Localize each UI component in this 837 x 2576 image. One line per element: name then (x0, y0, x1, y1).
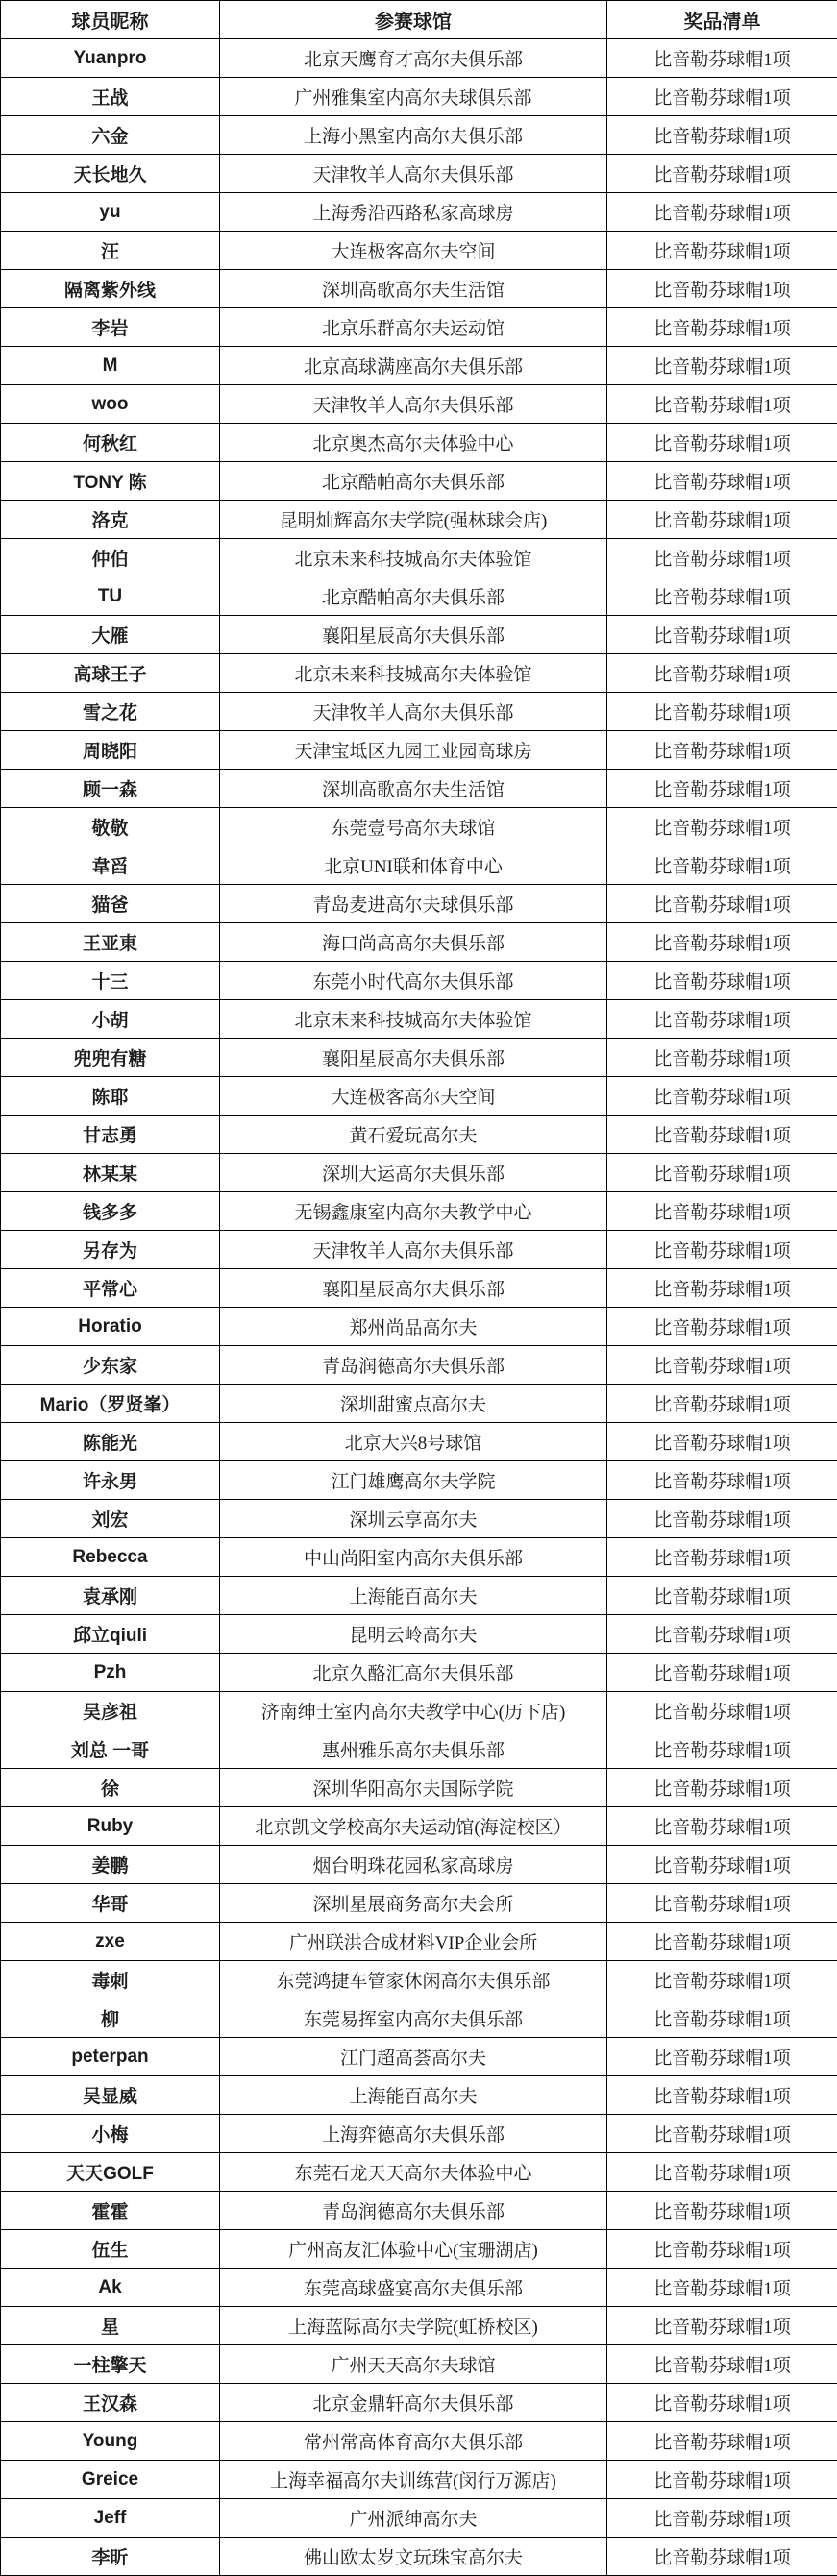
prize-cell: 比音勒芬球帽1项 (607, 1999, 837, 2038)
prize-cell: 比音勒芬球帽1项 (607, 308, 837, 347)
player-nickname-cell: TONY 陈 (1, 462, 220, 501)
player-nickname-cell: Pzh (1, 1654, 220, 1692)
table-row: 陈耶 大连极客高尔夫空间 比音勒芬球帽1项 (1, 1077, 837, 1116)
table-row: 高球王子 北京未来科技城高尔夫体验馆 比音勒芬球帽1项 (1, 654, 837, 693)
prize-cell: 比音勒芬球帽1项 (607, 2307, 837, 2345)
prize-cell: 比音勒芬球帽1项 (607, 1769, 837, 1807)
venue-cell: 广州派绅高尔夫 (220, 2499, 607, 2538)
venue-cell: 北京UNI联和体育中心 (220, 846, 607, 885)
prize-cell: 比音勒芬球帽1项 (607, 2345, 837, 2384)
player-nickname-cell: 猫爸 (1, 885, 220, 923)
venue-cell: 佛山欧太岁文玩珠宝高尔夫 (220, 2538, 607, 2576)
prize-cell: 比音勒芬球帽1项 (607, 962, 837, 1000)
table-row: 邱立qiuli 昆明云岭高尔夫 比音勒芬球帽1项 (1, 1615, 837, 1654)
table-row: Ruby 北京凯文学校高尔夫运动馆(海淀校区） 比音勒芬球帽1项 (1, 1807, 837, 1846)
prize-cell: 比音勒芬球帽1项 (607, 1692, 837, 1730)
results-table: 球员昵称 参赛球馆 奖品清单 Yuanpro 北京天鹰育才高尔夫俱乐部 比音勒芬… (0, 0, 837, 2576)
table-row: 洛克 昆明灿辉高尔夫学院(强林球会店) 比音勒芬球帽1项 (1, 501, 837, 539)
prize-cell: 比音勒芬球帽1项 (607, 1730, 837, 1769)
venue-cell: 广州联洪合成材料VIP企业会所 (220, 1923, 607, 1961)
venue-cell: 天津牧羊人高尔夫俱乐部 (220, 693, 607, 731)
prize-cell: 比音勒芬球帽1项 (607, 1039, 837, 1077)
table-row: 李岩 北京乐群高尔夫运动馆 比音勒芬球帽1项 (1, 308, 837, 347)
player-nickname-cell: 顾一森 (1, 770, 220, 808)
prize-cell: 比音勒芬球帽1项 (607, 1500, 837, 1538)
player-nickname-cell: 十三 (1, 962, 220, 1000)
table-row: 吴彦祖 济南绅士室内高尔夫教学中心(历下店) 比音勒芬球帽1项 (1, 1692, 837, 1730)
venue-cell: 深圳大运高尔夫俱乐部 (220, 1154, 607, 1192)
player-nickname-cell: 六金 (1, 116, 220, 155)
venue-cell: 北京酷帕高尔夫俱乐部 (220, 577, 607, 616)
player-nickname-cell: 高球王子 (1, 654, 220, 693)
venue-cell: 江门雄鹰高尔夫学院 (220, 1461, 607, 1500)
prize-cell: 比音勒芬球帽1项 (607, 577, 837, 616)
venue-cell: 江门超高荟高尔夫 (220, 2038, 607, 2076)
prize-cell: 比音勒芬球帽1项 (607, 1154, 837, 1192)
venue-cell: 东莞小时代高尔夫俱乐部 (220, 962, 607, 1000)
table-row: Young 常州常高体育高尔夫俱乐部 比音勒芬球帽1项 (1, 2422, 837, 2461)
player-nickname-cell: woo (1, 385, 220, 424)
table-row: 刘总 一哥 惠州雅乐高尔夫俱乐部 比音勒芬球帽1项 (1, 1730, 837, 1769)
venue-cell: 上海弈德高尔夫俱乐部 (220, 2115, 607, 2153)
prize-cell: 比音勒芬球帽1项 (607, 1000, 837, 1039)
prize-cell: 比音勒芬球帽1项 (607, 616, 837, 654)
player-nickname-cell: 毒刺 (1, 1961, 220, 1999)
table-row: 雪之花 天津牧羊人高尔夫俱乐部 比音勒芬球帽1项 (1, 693, 837, 731)
prize-cell: 比音勒芬球帽1项 (607, 2461, 837, 2499)
venue-cell: 东莞易挥室内高尔夫俱乐部 (220, 1999, 607, 2038)
prize-cell: 比音勒芬球帽1项 (607, 116, 837, 155)
venue-cell: 广州高友汇体验中心(宝珊湖店) (220, 2230, 607, 2269)
table-row: 徐 深圳华阳高尔夫国际学院 比音勒芬球帽1项 (1, 1769, 837, 1807)
table-row: zxe 广州联洪合成材料VIP企业会所 比音勒芬球帽1项 (1, 1923, 837, 1961)
prize-cell: 比音勒芬球帽1项 (607, 1269, 837, 1308)
player-nickname-cell: 雪之花 (1, 693, 220, 731)
table-row: 王亚東 海口尚高高尔夫俱乐部 比音勒芬球帽1项 (1, 923, 837, 962)
player-nickname-cell: 兜兜有糖 (1, 1039, 220, 1077)
venue-cell: 东莞石龙天天高尔夫体验中心 (220, 2153, 607, 2192)
venue-cell: 北京酷帕高尔夫俱乐部 (220, 462, 607, 501)
venue-cell: 深圳高歌高尔夫生活馆 (220, 770, 607, 808)
player-nickname-cell: 王战 (1, 78, 220, 116)
player-nickname-cell: 汪 (1, 232, 220, 270)
table-row: Ak 东莞高球盛宴高尔夫俱乐部 比音勒芬球帽1项 (1, 2269, 837, 2307)
venue-cell: 北京未来科技城高尔夫体验馆 (220, 1000, 607, 1039)
venue-cell: 北京高球满座高尔夫俱乐部 (220, 347, 607, 385)
table-row: Pzh 北京久酪汇高尔夫俱乐部 比音勒芬球帽1项 (1, 1654, 837, 1692)
venue-cell: 北京大兴8号球馆 (220, 1423, 607, 1461)
prize-cell: 比音勒芬球帽1项 (607, 539, 837, 577)
player-nickname-cell: 姜鹏 (1, 1846, 220, 1884)
prize-cell: 比音勒芬球帽1项 (607, 347, 837, 385)
player-nickname-cell: 仲伯 (1, 539, 220, 577)
table-row: 袁承刚 上海能百高尔夫 比音勒芬球帽1项 (1, 1577, 837, 1615)
table-row: 少东家 青岛润德高尔夫俱乐部 比音勒芬球帽1项 (1, 1346, 837, 1385)
venue-cell: 天津牧羊人高尔夫俱乐部 (220, 1231, 607, 1269)
header-prize-list: 奖品清单 (607, 1, 837, 39)
prize-cell: 比音勒芬球帽1项 (607, 424, 837, 462)
player-nickname-cell: 柳 (1, 1999, 220, 2038)
header-venue: 参赛球馆 (220, 1, 607, 39)
prize-cell: 比音勒芬球帽1项 (607, 2269, 837, 2307)
player-nickname-cell: 韋舀 (1, 846, 220, 885)
player-nickname-cell: Mario（罗贤峯） (1, 1385, 220, 1423)
player-nickname-cell: 刘总 一哥 (1, 1730, 220, 1769)
header-player-nickname: 球员昵称 (1, 1, 220, 39)
prize-cell: 比音勒芬球帽1项 (607, 1385, 837, 1423)
venue-cell: 北京久酪汇高尔夫俱乐部 (220, 1654, 607, 1692)
table-row: Mario（罗贤峯） 深圳甜蜜点高尔夫 比音勒芬球帽1项 (1, 1385, 837, 1423)
venue-cell: 海口尚高高尔夫俱乐部 (220, 923, 607, 962)
prize-cell: 比音勒芬球帽1项 (607, 2115, 837, 2153)
table-row: TU 北京酷帕高尔夫俱乐部 比音勒芬球帽1项 (1, 577, 837, 616)
prize-cell: 比音勒芬球帽1项 (607, 1923, 837, 1961)
table-row: 韋舀 北京UNI联和体育中心 比音勒芬球帽1项 (1, 846, 837, 885)
player-nickname-cell: Jeff (1, 2499, 220, 2538)
player-nickname-cell: 陈耶 (1, 1077, 220, 1116)
venue-cell: 昆明灿辉高尔夫学院(强林球会店) (220, 501, 607, 539)
prize-cell: 比音勒芬球帽1项 (607, 885, 837, 923)
prize-cell: 比音勒芬球帽1项 (607, 1346, 837, 1385)
table-row: 大雁 襄阳星辰高尔夫俱乐部 比音勒芬球帽1项 (1, 616, 837, 654)
table-header: 球员昵称 参赛球馆 奖品清单 (1, 1, 837, 39)
venue-cell: 济南绅士室内高尔夫教学中心(历下店) (220, 1692, 607, 1730)
player-nickname-cell: 吴显威 (1, 2076, 220, 2115)
prize-cell: 比音勒芬球帽1项 (607, 1308, 837, 1346)
table-row: 华哥 深圳星展商务高尔夫会所 比音勒芬球帽1项 (1, 1884, 837, 1923)
player-nickname-cell: 小梅 (1, 2115, 220, 2153)
venue-cell: 惠州雅乐高尔夫俱乐部 (220, 1730, 607, 1769)
venue-cell: 深圳华阳高尔夫国际学院 (220, 1769, 607, 1807)
prize-cell: 比音勒芬球帽1项 (607, 2538, 837, 2576)
player-nickname-cell: 钱多多 (1, 1192, 220, 1231)
table-row: 天长地久 天津牧羊人高尔夫俱乐部 比音勒芬球帽1项 (1, 155, 837, 193)
table-row: 猫爸 青岛麦进高尔夫球俱乐部 比音勒芬球帽1项 (1, 885, 837, 923)
player-nickname-cell: 隔离紫外线 (1, 270, 220, 308)
player-nickname-cell: 甘志勇 (1, 1116, 220, 1154)
player-nickname-cell: 华哥 (1, 1884, 220, 1923)
player-nickname-cell: 林某某 (1, 1154, 220, 1192)
player-nickname-cell: peterpan (1, 2038, 220, 2076)
table-row: 天天GOLF 东莞石龙天天高尔夫体验中心 比音勒芬球帽1项 (1, 2153, 837, 2192)
player-nickname-cell: 陈能光 (1, 1423, 220, 1461)
prize-cell: 比音勒芬球帽1项 (607, 693, 837, 731)
venue-cell: 天津牧羊人高尔夫俱乐部 (220, 385, 607, 424)
venue-cell: 烟台明珠花园私家高球房 (220, 1846, 607, 1884)
prize-cell: 比音勒芬球帽1项 (607, 39, 837, 78)
venue-cell: 深圳高歌高尔夫生活馆 (220, 270, 607, 308)
prize-cell: 比音勒芬球帽1项 (607, 1807, 837, 1846)
venue-cell: 天津宝坻区九园工业园高球房 (220, 731, 607, 770)
venue-cell: 上海能百高尔夫 (220, 1577, 607, 1615)
prize-cell: 比音勒芬球帽1项 (607, 155, 837, 193)
table-row: 伍生 广州高友汇体验中心(宝珊湖店) 比音勒芬球帽1项 (1, 2230, 837, 2269)
venue-cell: 深圳星展商务高尔夫会所 (220, 1884, 607, 1923)
venue-cell: 襄阳星辰高尔夫俱乐部 (220, 1269, 607, 1308)
prize-cell: 比音勒芬球帽1项 (607, 770, 837, 808)
player-nickname-cell: 周晓阳 (1, 731, 220, 770)
player-nickname-cell: 霍霍 (1, 2192, 220, 2230)
player-nickname-cell: 王汉森 (1, 2384, 220, 2422)
table-row: 平常心 襄阳星辰高尔夫俱乐部 比音勒芬球帽1项 (1, 1269, 837, 1308)
player-nickname-cell: 徐 (1, 1769, 220, 1807)
table-row: 李昕 佛山欧太岁文玩珠宝高尔夫 比音勒芬球帽1项 (1, 2538, 837, 2576)
player-nickname-cell: 李岩 (1, 308, 220, 347)
table-row: Yuanpro 北京天鹰育才高尔夫俱乐部 比音勒芬球帽1项 (1, 39, 837, 78)
player-nickname-cell: 李昕 (1, 2538, 220, 2576)
venue-cell: 大连极客高尔夫空间 (220, 1077, 607, 1116)
table-row: Horatio 郑州尚品高尔夫 比音勒芬球帽1项 (1, 1308, 837, 1346)
player-nickname-cell: 伍生 (1, 2230, 220, 2269)
player-nickname-cell: Rebecca (1, 1538, 220, 1577)
prize-cell: 比音勒芬球帽1项 (607, 1654, 837, 1692)
player-nickname-cell: 星 (1, 2307, 220, 2345)
player-nickname-cell: Ruby (1, 1807, 220, 1846)
table-body: Yuanpro 北京天鹰育才高尔夫俱乐部 比音勒芬球帽1项 王战 广州雅集室内高… (1, 39, 837, 2576)
table-row: 兜兜有糖 襄阳星辰高尔夫俱乐部 比音勒芬球帽1项 (1, 1039, 837, 1077)
table-row: 陈能光 北京大兴8号球馆 比音勒芬球帽1项 (1, 1423, 837, 1461)
player-nickname-cell: 平常心 (1, 1269, 220, 1308)
player-nickname-cell: 何秋红 (1, 424, 220, 462)
table-row: TONY 陈 北京酷帕高尔夫俱乐部 比音勒芬球帽1项 (1, 462, 837, 501)
prize-cell: 比音勒芬球帽1项 (607, 1461, 837, 1500)
venue-cell: 东莞高球盛宴高尔夫俱乐部 (220, 2269, 607, 2307)
table-row: 姜鹏 烟台明珠花园私家高球房 比音勒芬球帽1项 (1, 1846, 837, 1884)
table-row: 甘志勇 黄石爱玩高尔夫 比音勒芬球帽1项 (1, 1116, 837, 1154)
player-nickname-cell: 许永男 (1, 1461, 220, 1500)
table-row: 星 上海蓝际高尔夫学院(虹桥校区) 比音勒芬球帽1项 (1, 2307, 837, 2345)
table-row: 汪 大连极客高尔夫空间 比音勒芬球帽1项 (1, 232, 837, 270)
venue-cell: 青岛麦进高尔夫球俱乐部 (220, 885, 607, 923)
prize-cell: 比音勒芬球帽1项 (607, 1615, 837, 1654)
player-nickname-cell: 吴彦祖 (1, 1692, 220, 1730)
venue-cell: 昆明云岭高尔夫 (220, 1615, 607, 1654)
table-row: 六金 上海小黑室内高尔夫俱乐部 比音勒芬球帽1项 (1, 116, 837, 155)
table-row: 隔离紫外线 深圳高歌高尔夫生活馆 比音勒芬球帽1项 (1, 270, 837, 308)
venue-cell: 北京凯文学校高尔夫运动馆(海淀校区） (220, 1807, 607, 1846)
prize-cell: 比音勒芬球帽1项 (607, 1423, 837, 1461)
table-row: 王汉森 北京金鼎轩高尔夫俱乐部 比音勒芬球帽1项 (1, 2384, 837, 2422)
player-nickname-cell: 少东家 (1, 1346, 220, 1385)
player-nickname-cell: 一柱擎天 (1, 2345, 220, 2384)
venue-cell: 郑州尚品高尔夫 (220, 1308, 607, 1346)
table-row: 王战 广州雅集室内高尔夫球俱乐部 比音勒芬球帽1项 (1, 78, 837, 116)
venue-cell: 广州雅集室内高尔夫球俱乐部 (220, 78, 607, 116)
venue-cell: 北京天鹰育才高尔夫俱乐部 (220, 39, 607, 78)
venue-cell: 北京未来科技城高尔夫体验馆 (220, 654, 607, 693)
prize-cell: 比音勒芬球帽1项 (607, 78, 837, 116)
prize-cell: 比音勒芬球帽1项 (607, 731, 837, 770)
table-row: 何秋红 北京奥杰高尔夫体验中心 比音勒芬球帽1项 (1, 424, 837, 462)
venue-cell: 北京金鼎轩高尔夫俱乐部 (220, 2384, 607, 2422)
venue-cell: 上海小黑室内高尔夫俱乐部 (220, 116, 607, 155)
table-row: Rebecca 中山尚阳室内高尔夫俱乐部 比音勒芬球帽1项 (1, 1538, 837, 1577)
player-nickname-cell: Horatio (1, 1308, 220, 1346)
venue-cell: 大连极客高尔夫空间 (220, 232, 607, 270)
table-row: 吴显威 上海能百高尔夫 比音勒芬球帽1项 (1, 2076, 837, 2115)
prize-cell: 比音勒芬球帽1项 (607, 2384, 837, 2422)
table-row: 刘宏 深圳云享高尔夫 比音勒芬球帽1项 (1, 1500, 837, 1538)
prize-cell: 比音勒芬球帽1项 (607, 232, 837, 270)
venue-cell: 上海蓝际高尔夫学院(虹桥校区) (220, 2307, 607, 2345)
player-nickname-cell: M (1, 347, 220, 385)
player-nickname-cell: Ak (1, 2269, 220, 2307)
venue-cell: 东莞壹号高尔夫球馆 (220, 808, 607, 846)
venue-cell: 天津牧羊人高尔夫俱乐部 (220, 155, 607, 193)
venue-cell: 襄阳星辰高尔夫俱乐部 (220, 616, 607, 654)
venue-cell: 上海能百高尔夫 (220, 2076, 607, 2115)
table-row: Greice 上海幸福高尔夫训练营(闵行万源店) 比音勒芬球帽1项 (1, 2461, 837, 2499)
prize-cell: 比音勒芬球帽1项 (607, 1884, 837, 1923)
prize-cell: 比音勒芬球帽1项 (607, 385, 837, 424)
venue-cell: 深圳甜蜜点高尔夫 (220, 1385, 607, 1423)
page: 球员昵称 参赛球馆 奖品清单 Yuanpro 北京天鹰育才高尔夫俱乐部 比音勒芬… (0, 0, 837, 2576)
table-row: 林某某 深圳大运高尔夫俱乐部 比音勒芬球帽1项 (1, 1154, 837, 1192)
prize-cell: 比音勒芬球帽1项 (607, 2153, 837, 2192)
venue-cell: 深圳云享高尔夫 (220, 1500, 607, 1538)
venue-cell: 常州常高体育高尔夫俱乐部 (220, 2422, 607, 2461)
table-row: 一柱擎天 广州天天高尔夫球馆 比音勒芬球帽1项 (1, 2345, 837, 2384)
player-nickname-cell: Greice (1, 2461, 220, 2499)
venue-cell: 北京乐群高尔夫运动馆 (220, 308, 607, 347)
prize-cell: 比音勒芬球帽1项 (607, 2076, 837, 2115)
player-nickname-cell: 刘宏 (1, 1500, 220, 1538)
venue-cell: 青岛润德高尔夫俱乐部 (220, 1346, 607, 1385)
prize-cell: 比音勒芬球帽1项 (607, 193, 837, 232)
table-row: 十三 东莞小时代高尔夫俱乐部 比音勒芬球帽1项 (1, 962, 837, 1000)
table-row: 霍霍 青岛润德高尔夫俱乐部 比音勒芬球帽1项 (1, 2192, 837, 2230)
venue-cell: 青岛润德高尔夫俱乐部 (220, 2192, 607, 2230)
venue-cell: 上海幸福高尔夫训练营(闵行万源店) (220, 2461, 607, 2499)
player-nickname-cell: zxe (1, 1923, 220, 1961)
table-row: 顾一森 深圳高歌高尔夫生活馆 比音勒芬球帽1项 (1, 770, 837, 808)
table-row: M 北京高球满座高尔夫俱乐部 比音勒芬球帽1项 (1, 347, 837, 385)
table-row: 毒刺 东莞鸿捷车管家休闲高尔夫俱乐部 比音勒芬球帽1项 (1, 1961, 837, 1999)
player-nickname-cell: 敬敬 (1, 808, 220, 846)
player-nickname-cell: 袁承刚 (1, 1577, 220, 1615)
player-nickname-cell: 天天GOLF (1, 2153, 220, 2192)
player-nickname-cell: 天长地久 (1, 155, 220, 193)
prize-cell: 比音勒芬球帽1项 (607, 270, 837, 308)
prize-cell: 比音勒芬球帽1项 (607, 1538, 837, 1577)
prize-cell: 比音勒芬球帽1项 (607, 2230, 837, 2269)
table-row: woo 天津牧羊人高尔夫俱乐部 比音勒芬球帽1项 (1, 385, 837, 424)
table-row: peterpan 江门超高荟高尔夫 比音勒芬球帽1项 (1, 2038, 837, 2076)
player-nickname-cell: TU (1, 577, 220, 616)
player-nickname-cell: 大雁 (1, 616, 220, 654)
prize-cell: 比音勒芬球帽1项 (607, 1961, 837, 1999)
venue-cell: 北京未来科技城高尔夫体验馆 (220, 539, 607, 577)
prize-cell: 比音勒芬球帽1项 (607, 654, 837, 693)
venue-cell: 东莞鸿捷车管家休闲高尔夫俱乐部 (220, 1961, 607, 1999)
table-row: 柳 东莞易挥室内高尔夫俱乐部 比音勒芬球帽1项 (1, 1999, 837, 2038)
prize-cell: 比音勒芬球帽1项 (607, 923, 837, 962)
venue-cell: 北京奥杰高尔夫体验中心 (220, 424, 607, 462)
prize-cell: 比音勒芬球帽1项 (607, 2422, 837, 2461)
player-nickname-cell: yu (1, 193, 220, 232)
player-nickname-cell: 邱立qiuli (1, 1615, 220, 1654)
player-nickname-cell: 洛克 (1, 501, 220, 539)
table-row: 周晓阳 天津宝坻区九园工业园高球房 比音勒芬球帽1项 (1, 731, 837, 770)
venue-cell: 无锡鑫康室内高尔夫教学中心 (220, 1192, 607, 1231)
prize-cell: 比音勒芬球帽1项 (607, 2499, 837, 2538)
prize-cell: 比音勒芬球帽1项 (607, 2038, 837, 2076)
prize-cell: 比音勒芬球帽1项 (607, 1577, 837, 1615)
venue-cell: 襄阳星辰高尔夫俱乐部 (220, 1039, 607, 1077)
prize-cell: 比音勒芬球帽1项 (607, 462, 837, 501)
prize-cell: 比音勒芬球帽1项 (607, 501, 837, 539)
table-row: 小胡 北京未来科技城高尔夫体验馆 比音勒芬球帽1项 (1, 1000, 837, 1039)
prize-cell: 比音勒芬球帽1项 (607, 1231, 837, 1269)
table-row: 许永男 江门雄鹰高尔夫学院 比音勒芬球帽1项 (1, 1461, 837, 1500)
header-row: 球员昵称 参赛球馆 奖品清单 (1, 1, 837, 39)
prize-cell: 比音勒芬球帽1项 (607, 808, 837, 846)
venue-cell: 黄石爱玩高尔夫 (220, 1116, 607, 1154)
player-nickname-cell: Yuanpro (1, 39, 220, 78)
table-row: 仲伯 北京未来科技城高尔夫体验馆 比音勒芬球帽1项 (1, 539, 837, 577)
venue-cell: 上海秀沿西路私家高球房 (220, 193, 607, 232)
table-row: yu 上海秀沿西路私家高球房 比音勒芬球帽1项 (1, 193, 837, 232)
venue-cell: 中山尚阳室内高尔夫俱乐部 (220, 1538, 607, 1577)
table-row: 钱多多 无锡鑫康室内高尔夫教学中心 比音勒芬球帽1项 (1, 1192, 837, 1231)
player-nickname-cell: 王亚東 (1, 923, 220, 962)
player-nickname-cell: 小胡 (1, 1000, 220, 1039)
prize-cell: 比音勒芬球帽1项 (607, 2192, 837, 2230)
table-row: 敬敬 东莞壹号高尔夫球馆 比音勒芬球帽1项 (1, 808, 837, 846)
player-nickname-cell: Young (1, 2422, 220, 2461)
table-row: 另存为 天津牧羊人高尔夫俱乐部 比音勒芬球帽1项 (1, 1231, 837, 1269)
player-nickname-cell: 另存为 (1, 1231, 220, 1269)
prize-cell: 比音勒芬球帽1项 (607, 1192, 837, 1231)
prize-cell: 比音勒芬球帽1项 (607, 1077, 837, 1116)
venue-cell: 广州天天高尔夫球馆 (220, 2345, 607, 2384)
table-row: 小梅 上海弈德高尔夫俱乐部 比音勒芬球帽1项 (1, 2115, 837, 2153)
prize-cell: 比音勒芬球帽1项 (607, 846, 837, 885)
prize-cell: 比音勒芬球帽1项 (607, 1116, 837, 1154)
prize-cell: 比音勒芬球帽1项 (607, 1846, 837, 1884)
table-row: Jeff 广州派绅高尔夫 比音勒芬球帽1项 (1, 2499, 837, 2538)
